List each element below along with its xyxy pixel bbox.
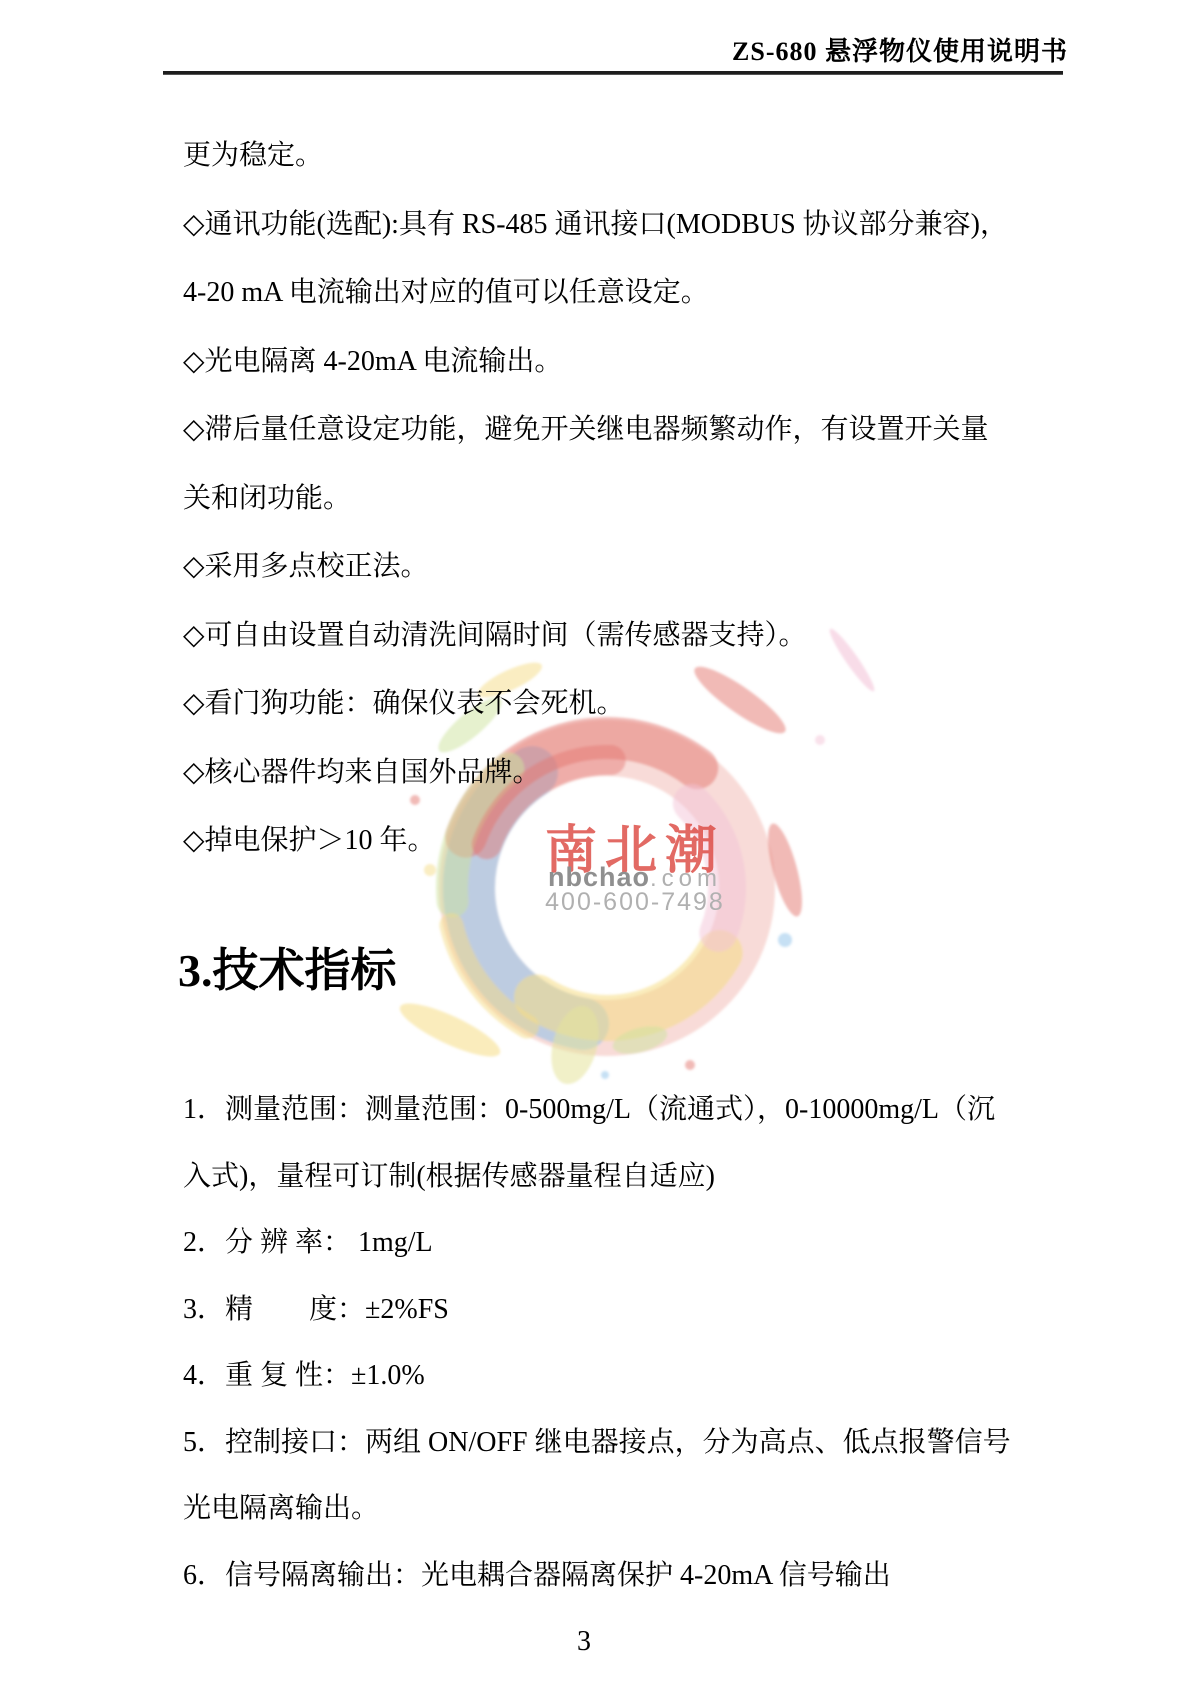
- spec-line: 1．测量范围：测量范围：0-500mg/L（流通式），0-10000mg/L（沉: [183, 1077, 1083, 1144]
- specs-section: 1．测量范围：测量范围：0-500mg/L（流通式），0-10000mg/L（沉…: [183, 1077, 1083, 1609]
- watermark-phone-text: 400-600-7498: [450, 888, 820, 917]
- feature-line: ◇采用多点校正法。: [183, 533, 1083, 602]
- header-doc-title: ZS-680 悬浮物仪使用说明书: [163, 36, 1068, 68]
- section-heading: 3.技术指标: [178, 938, 397, 1004]
- feature-line: ◇可自由设置自动清洗间隔时间（需传感器支持）。: [183, 602, 1083, 671]
- feature-line: ◇通讯功能(选配):具有 RS-485 通讯接口(MODBUS 协议部分兼容)，: [183, 191, 1083, 260]
- page-number: 3: [183, 1622, 985, 1662]
- spec-line: 5．控制接口：两组 ON/OFF 继电器接点，分为高点、低点报警信号: [183, 1410, 1083, 1477]
- spec-line: 入式)，量程可订制(根据传感器量程自适应): [183, 1144, 1083, 1211]
- feature-line: ◇看门狗功能：确保仪表不会死机。: [183, 670, 1083, 739]
- feature-line: 更为稳定。: [183, 122, 1083, 191]
- header-divider: [163, 71, 1063, 75]
- spec-line: 光电隔离输出。: [183, 1476, 1083, 1543]
- spec-line: 4．重 复 性：±1.0%: [183, 1343, 1083, 1410]
- features-section: 更为稳定。 ◇通讯功能(选配):具有 RS-485 通讯接口(MODBUS 协议…: [183, 122, 1083, 876]
- feature-line: ◇掉电保护＞10 年。: [183, 807, 1083, 876]
- spec-line: 3．精 度：±2%FS: [183, 1277, 1083, 1344]
- feature-line: ◇光电隔离 4-20mA 电流输出。: [183, 328, 1083, 397]
- spec-line: 6．信号隔离输出：光电耦合器隔离保护 4-20mA 信号输出: [183, 1543, 1083, 1610]
- spec-line: 2．分 辨 率： 1mg/L: [183, 1210, 1083, 1277]
- feature-line: ◇核心器件均来自国外品牌。: [183, 739, 1083, 808]
- manual-page: ZS-680 悬浮物仪使用说明书: [0, 0, 1200, 1697]
- feature-line: ◇滞后量任意设定功能，避免开关继电器频繁动作，有设置开关量: [183, 396, 1083, 465]
- feature-line: 4-20 mA 电流输出对应的值可以任意设定。: [183, 259, 1083, 328]
- feature-line: 关和闭功能。: [183, 465, 1083, 534]
